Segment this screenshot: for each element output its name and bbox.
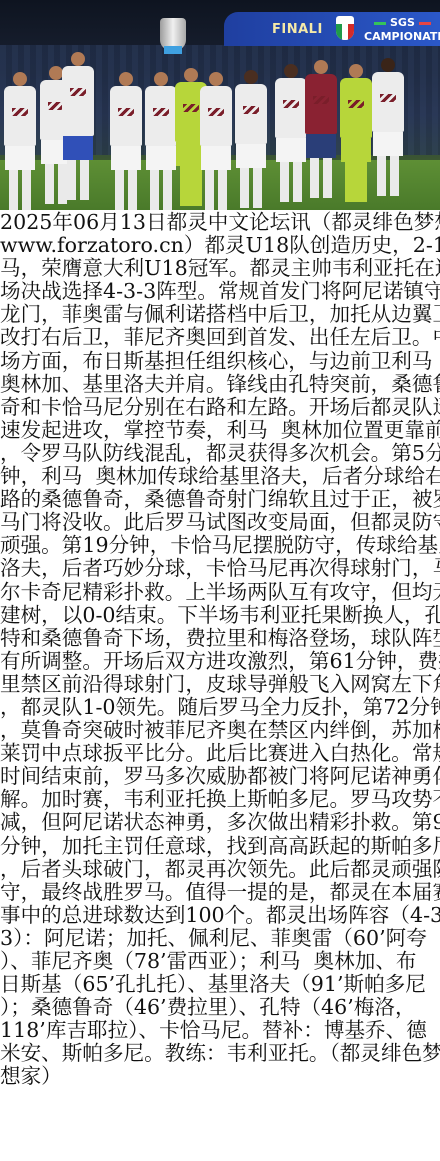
article-line: 米安、斯帕多尼。教练：韦利亚托。（都灵绯色梦 [0, 1042, 440, 1065]
player [340, 64, 372, 202]
article-line: 马门将没收。此后罗马试图改变局面，但都灵防守 [0, 511, 440, 534]
article-line: 速发起进攻，掌控节奏，利马 奥林加位置更靠前 [0, 419, 440, 442]
article-line: ，都灵队1-0领先。随后罗马全力反扑，第72分钟 [0, 696, 440, 719]
article-line: 改打右后卫，菲尼齐奥回到首发、出任左后卫。中 [0, 326, 440, 349]
player [110, 72, 142, 210]
article-line: 里禁区前沿得球射门，皮球导弹般飞入网窝左下角 [0, 673, 440, 696]
player [275, 64, 307, 202]
article-line: 解。加时赛，韦利亚托换上斯帕多尼。罗马攻势不 [0, 788, 440, 811]
player [305, 60, 337, 198]
article-line: 奇和卡恰马尼分别在右路和左路。开场后都灵队迅 [0, 396, 440, 419]
article-line: 守，最终战胜罗马。值得一提的是，都灵在本届赛 [0, 881, 440, 904]
article-line: 有所调整。开场后双方进攻激烈，第61分钟，费拉 [0, 650, 440, 673]
article-line: ，后者头球破门，都灵再次领先。此后都灵顽强防 [0, 858, 440, 881]
player [62, 52, 94, 200]
article-line: 2025年06月13日都灵中文论坛讯（都灵绯色梦想家 [0, 211, 440, 234]
article-line: 118’库吉耶拉）、卡恰马尼。替补：博基乔、德 [0, 1019, 440, 1042]
article-line: 奥林加、基里洛夫并肩。锋线由孔特突前，桑德鲁 [0, 373, 440, 396]
article-line: 时间结束前，罗马多次威胁都被门将阿尼诺神勇化 [0, 765, 440, 788]
article-line: 想家） [0, 1065, 440, 1088]
article-line: 事中的总进球数达到100个。都灵出场阵容（4-3- [0, 904, 440, 927]
article-line: 顽强。第19分钟，卡恰马尼摆脱防守，传球给基里 [0, 534, 440, 557]
article-line: 龙门，菲奥雷与佩利诺搭档中后卫，加托从边翼卫 [0, 303, 440, 326]
article-line: 日斯基（65’孔扎托）、基里洛夫（91’斯帕多尼 [0, 973, 440, 996]
article-line: 3）：阿尼诺；加托、佩利尼、菲奥雷（60’阿夸 [0, 927, 440, 950]
article-line: 路的桑德鲁奇，桑德鲁奇射门绵软且过于正，被罗 [0, 488, 440, 511]
article-line: 分钟，加托主罚任意球，找到高高跃起的斯帕多尼 [0, 835, 440, 858]
player [4, 72, 36, 210]
player [372, 58, 404, 196]
article-body: 2025年06月13日都灵中文论坛讯（都灵绯色梦想家 www.forzatoro… [0, 211, 440, 1089]
player [200, 72, 232, 210]
article-line: ）、菲尼齐奥（78’雷西亚）；利马 奥林加、布 [0, 950, 440, 973]
players-group [0, 25, 440, 210]
article-line: 减，但阿尼诺状态神勇，多次做出精彩扑救。第96 [0, 811, 440, 834]
player [145, 72, 177, 210]
article-line: 建树，以0-0结束。下半场韦利亚托果断换人，孔 [0, 604, 440, 627]
article-line: ，令罗马队防线混乱，都灵获得多次机会。第5分 [0, 442, 440, 465]
player [235, 70, 267, 208]
article-line: 场决战选择4-3-3阵型。常规首发门将阿尼诺镇守 [0, 280, 440, 303]
article-line: 莱罚中点球扳平比分。此后比赛进入白热化。常规 [0, 742, 440, 765]
article-line: 尔卡奇尼精彩扑救。上半场两队互有攻守，但均无 [0, 581, 440, 604]
hero-photo: FINALI SGS CAMPIONATI [0, 0, 440, 210]
article-line: 洛夫，后者巧妙分球，卡恰马尼再次得球射门，马 [0, 557, 440, 580]
article-line: 场方面，布日斯基担任组织核心，与边前卫利马 [0, 350, 440, 373]
article-line: ，莫鲁奇突破时被菲尼齐奥在禁区内绊倒，苏加梅 [0, 719, 440, 742]
article-line: ）；桑德鲁奇（46’费拉里）、孔特（46’梅洛， [0, 996, 440, 1019]
article-line: www.forzatoro.cn）都灵U18队创造历史，2-1击败罗 [0, 234, 440, 257]
article-line: 特和桑德鲁奇下场，费拉里和梅洛登场，球队阵型 [0, 627, 440, 650]
article-line: 钟，利马 奥林加传球给基里洛夫，后者分球给右 [0, 465, 440, 488]
article-line: 马，荣膺意大利U18冠军。都灵主帅韦利亚托在这 [0, 257, 440, 280]
